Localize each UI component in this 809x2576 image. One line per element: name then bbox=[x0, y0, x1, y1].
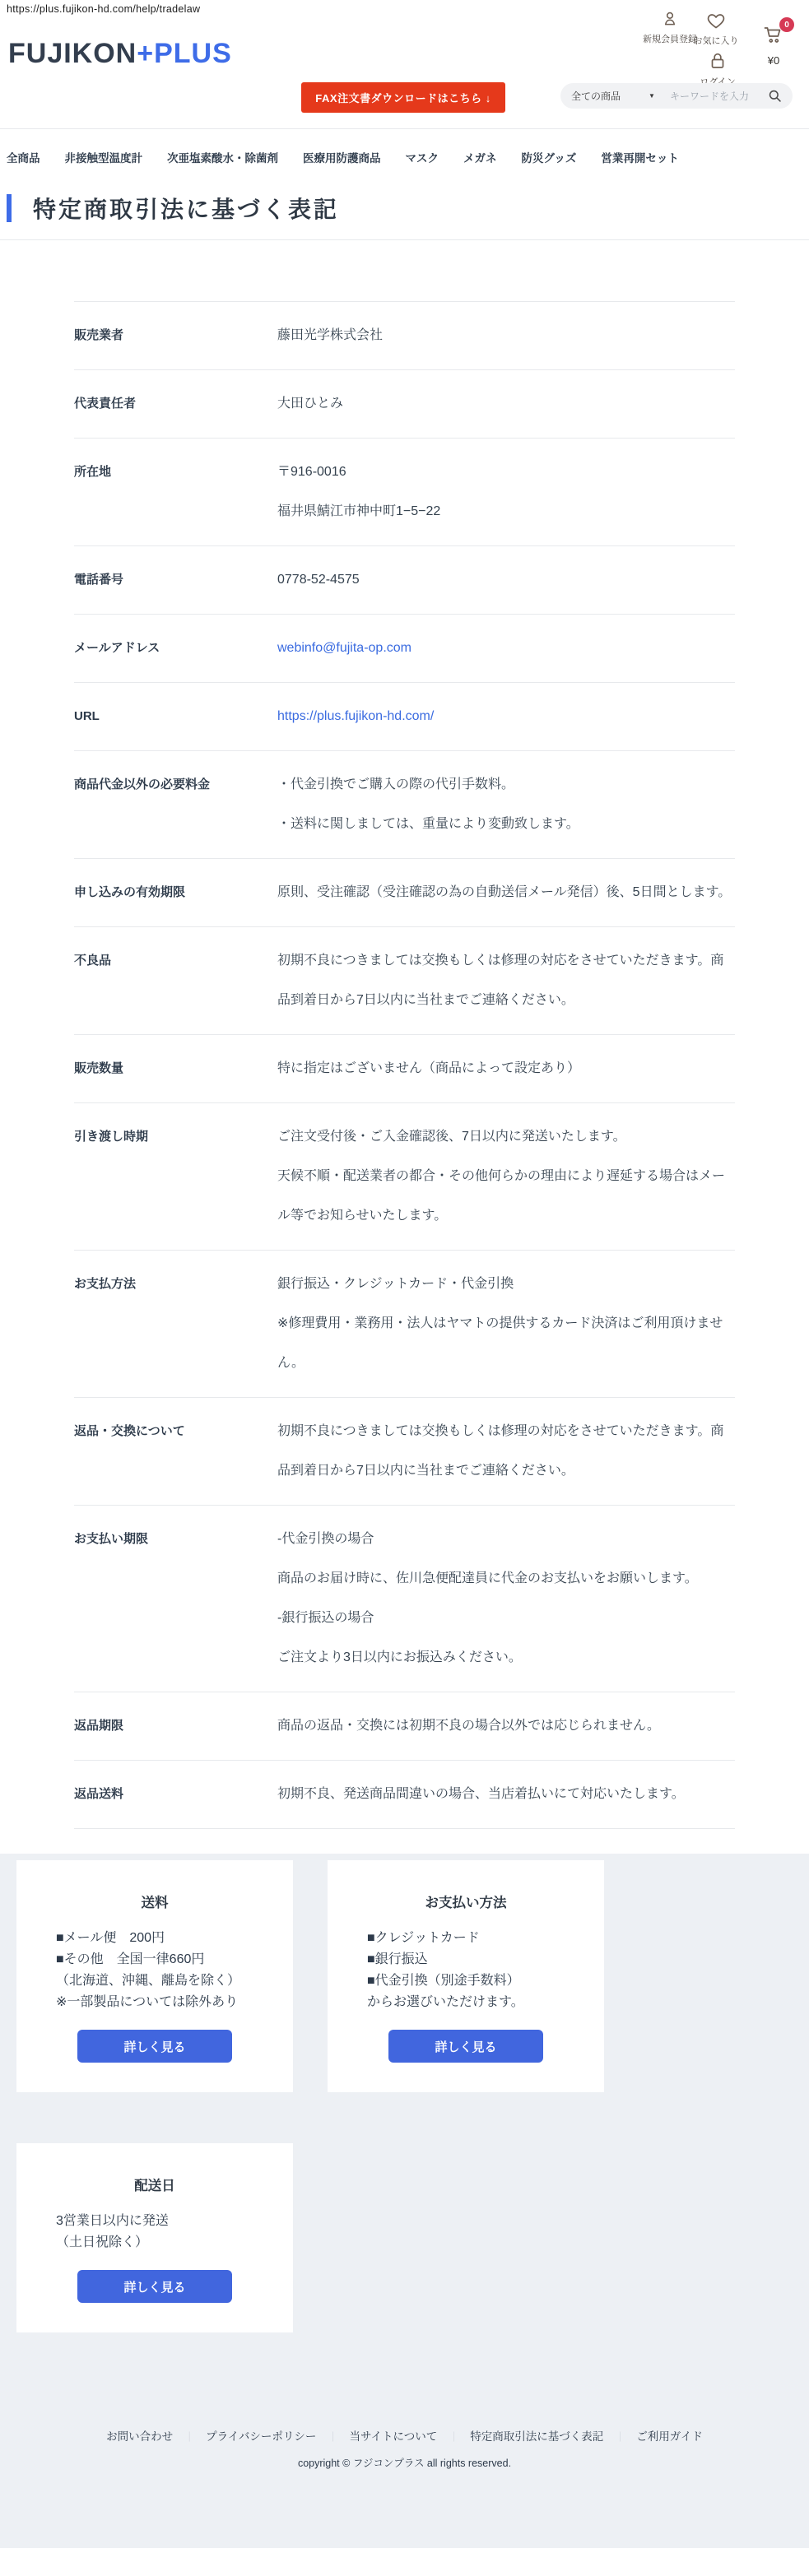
nav-item[interactable]: マスク bbox=[406, 149, 439, 165]
row-value-link[interactable]: https://plus.fujikon-hd.com/ bbox=[277, 709, 434, 723]
row-value: 0778-52-4575 bbox=[277, 560, 735, 600]
cart-count-badge: 0 bbox=[779, 17, 794, 32]
card-line: （北海道、沖縄、離島を除く） bbox=[40, 1970, 270, 1992]
row-value: 原則、受注確認（受注確認の為の自動送信メール発信）後、5日間とします。 bbox=[277, 873, 735, 912]
row-value: webinfo@fujita-op.com bbox=[277, 629, 735, 668]
lock-icon bbox=[709, 51, 727, 71]
row-value: 大田ひとみ bbox=[277, 384, 735, 424]
footer-separator: ｜ bbox=[449, 2431, 458, 2443]
footer-links: お問い合わせ｜プライバシーポリシー｜当サイトについて｜特定商取引法に基づく表記｜… bbox=[16, 2427, 793, 2444]
info-card: 配送日3営業日以内に発送（土日祝除く）詳しく見る bbox=[16, 2143, 293, 2332]
site-footer: お問い合わせ｜プライバシーポリシー｜当サイトについて｜特定商取引法に基づく表記｜… bbox=[16, 2427, 793, 2548]
row-line: 藤田光学株式会社 bbox=[277, 316, 735, 355]
user-icon bbox=[661, 10, 679, 28]
title-accent-bar bbox=[7, 194, 12, 222]
detail-button[interactable]: 詳しく見る bbox=[77, 2270, 232, 2303]
row-line: 原則、受注確認（受注確認の為の自動送信メール発信）後、5日間とします。 bbox=[277, 873, 735, 912]
row-line: 初期不良、発送商品間違いの場合、当店着払いにて対応いたします。 bbox=[277, 1775, 735, 1814]
row-label: 引き渡し時期 bbox=[74, 1117, 277, 1236]
row-value: 〒916-0016福井県鯖江市神中町1−5−22 bbox=[277, 453, 735, 531]
row-line: -銀行振込の場合 bbox=[277, 1599, 735, 1638]
row-line: webinfo@fujita-op.com bbox=[277, 629, 735, 668]
table-row: 返品送料初期不良、発送商品間違いの場合、当店着払いにて対応いたします。 bbox=[74, 1761, 735, 1829]
table-row: 返品・交換について初期不良につきましては交換もしくは修理の対応をさせていただきま… bbox=[74, 1398, 735, 1506]
favorites-link[interactable]: お気に入り bbox=[690, 12, 742, 47]
row-line: 銀行振込・クレジットカード・代金引換 bbox=[277, 1265, 735, 1304]
row-line: 福井県鯖江市神中町1−5−22 bbox=[277, 492, 735, 531]
table-row: 返品期限商品の返品・交換には初期不良の場合以外では応じられません。 bbox=[74, 1692, 735, 1761]
heart-icon bbox=[706, 12, 726, 30]
row-label: 返品・交換について bbox=[74, 1412, 277, 1491]
row-line: ご注文より3日以内にお振込みください。 bbox=[277, 1638, 735, 1678]
row-label: 販売業者 bbox=[74, 316, 277, 355]
row-label: 販売数量 bbox=[74, 1049, 277, 1088]
site-logo[interactable]: FUJIKON+PLUS bbox=[8, 39, 232, 67]
table-row: 申し込みの有効期限原則、受注確認（受注確認の為の自動送信メール発信）後、5日間と… bbox=[74, 859, 735, 927]
copyright: copyright © フジコンプラス all rights reserved. bbox=[16, 2455, 793, 2470]
row-label: 不良品 bbox=[74, 941, 277, 1020]
row-label: 商品代金以外の必要料金 bbox=[74, 765, 277, 844]
row-value-link[interactable]: webinfo@fujita-op.com bbox=[277, 641, 411, 655]
table-row: 電話番号0778-52-4575 bbox=[74, 546, 735, 615]
footer-link[interactable]: 当サイトについて bbox=[349, 2430, 437, 2443]
table-row: 不良品初期不良につきましては交換もしくは修理の対応をさせていただきます。商品到着… bbox=[74, 927, 735, 1035]
row-line: 商品の返品・交換には初期不良の場合以外では応じられません。 bbox=[277, 1706, 735, 1746]
row-line: ・送料に関しましては、重量により変動致します。 bbox=[277, 805, 735, 844]
row-line: 商品のお届け時に、佐川急便配達員に代金のお支払いをお願いします。 bbox=[277, 1559, 735, 1599]
info-card: お支払い方法■クレジットカード■銀行振込■代金引換（別途手数料）からお選びいただ… bbox=[328, 1860, 604, 2092]
table-row: 引き渡し時期ご注文受付後・ご入金確認後、7日以内に発送いたします。天候不順・配送… bbox=[74, 1103, 735, 1251]
nav-item[interactable]: 全商品 bbox=[7, 149, 40, 165]
row-label: 返品期限 bbox=[74, 1706, 277, 1746]
cards-row-2: 配送日3営業日以内に発送（土日祝除く）詳しく見る bbox=[16, 2143, 793, 2332]
row-value: 初期不良につきましては交換もしくは修理の対応をさせていただきます。商品到着日から… bbox=[277, 941, 735, 1020]
row-line: ※修理費用・業務用・法人はヤマトの提供するカード決済はご利用頂けません。 bbox=[277, 1304, 735, 1383]
row-value: https://plus.fujikon-hd.com/ bbox=[277, 697, 735, 736]
nav-item[interactable]: 防災グッズ bbox=[522, 149, 577, 165]
row-value: 初期不良、発送商品間違いの場合、当店着払いにて対応いたします。 bbox=[277, 1775, 735, 1814]
chevron-down-icon[interactable]: ▼ bbox=[649, 92, 655, 100]
row-value: ・代金引換でご購入の際の代引手数料。・送料に関しましては、重量により変動致します… bbox=[277, 765, 735, 844]
row-line: 0778-52-4575 bbox=[277, 560, 735, 600]
row-value: 初期不良につきましては交換もしくは修理の対応をさせていただきます。商品到着日から… bbox=[277, 1412, 735, 1491]
footer-link[interactable]: ご利用ガイド bbox=[636, 2430, 703, 2443]
row-label: お支払い期限 bbox=[74, 1520, 277, 1678]
card-title: 配送日 bbox=[40, 2175, 270, 2194]
row-line: 〒916-0016 bbox=[277, 453, 735, 492]
table-row: URLhttps://plus.fujikon-hd.com/ bbox=[74, 683, 735, 751]
row-label: 所在地 bbox=[74, 453, 277, 531]
row-line: https://plus.fujikon-hd.com/ bbox=[277, 697, 735, 736]
table-row: メールアドレスwebinfo@fujita-op.com bbox=[74, 615, 735, 683]
detail-button[interactable]: 詳しく見る bbox=[388, 2030, 543, 2063]
row-label: メールアドレス bbox=[74, 629, 277, 668]
footer-link[interactable]: プライバシーポリシー bbox=[206, 2430, 316, 2443]
row-line: 初期不良につきましては交換もしくは修理の対応をさせていただきます。商品到着日から… bbox=[277, 1412, 735, 1491]
row-value: 藤田光学株式会社 bbox=[277, 316, 735, 355]
card-line: からお選びいただけます。 bbox=[351, 1992, 581, 2013]
trade-table: 販売業者藤田光学株式会社代表責任者大田ひとみ所在地〒916-0016福井県鯖江市… bbox=[74, 301, 735, 1829]
card-line: 3営業日以内に発送 bbox=[40, 2211, 270, 2232]
page-title-section: 特定商取引法に基づく表記 bbox=[0, 179, 809, 240]
cart-button[interactable]: 0 ¥0 bbox=[751, 25, 796, 67]
row-label: お支払方法 bbox=[74, 1265, 277, 1383]
footer-link[interactable]: お問い合わせ bbox=[106, 2430, 173, 2443]
logo-text-dark: FUJIKON bbox=[8, 38, 137, 69]
nav-item[interactable]: 次亜塩素酸水・除菌剤 bbox=[167, 149, 278, 165]
row-label: 代表責任者 bbox=[74, 384, 277, 424]
site-header: FUJIKON+PLUS 新規会員登録 お気に入り 0 ¥0 ログイン FAX注… bbox=[0, 0, 809, 129]
row-line: -代金引換の場合 bbox=[277, 1520, 735, 1559]
card-title: お支払い方法 bbox=[351, 1891, 581, 1911]
table-row: お支払方法銀行振込・クレジットカード・代金引換※修理費用・業務用・法人はヤマトの… bbox=[74, 1251, 735, 1398]
footer-separator: ｜ bbox=[328, 2431, 337, 2443]
main-nav: 全商品非接触型温度計次亜塩素酸水・除菌剤医療用防護商品マスクメガネ防災グッズ営業… bbox=[0, 129, 809, 179]
nav-item[interactable]: 営業再開セット bbox=[601, 149, 679, 165]
row-label: 返品送料 bbox=[74, 1775, 277, 1814]
card-line: ※一部製品については除外あり bbox=[40, 1992, 270, 2013]
card-line: ■クレジットカード bbox=[351, 1928, 581, 1949]
nav-item[interactable]: メガネ bbox=[463, 149, 497, 165]
row-value: 商品の返品・交換には初期不良の場合以外では応じられません。 bbox=[277, 1706, 735, 1746]
card-line: ■銀行振込 bbox=[351, 1949, 581, 1970]
search-input[interactable] bbox=[668, 90, 760, 103]
detail-button[interactable]: 詳しく見る bbox=[77, 2030, 232, 2063]
row-line: ・代金引換でご購入の際の代引手数料。 bbox=[277, 765, 735, 805]
card-line: ■その他 全国一律660円 bbox=[40, 1949, 270, 1970]
favorites-label: お気に入り bbox=[694, 34, 739, 47]
row-label: 申し込みの有効期限 bbox=[74, 873, 277, 912]
card-line: ■メール便 200円 bbox=[40, 1928, 270, 1949]
card-title: 送料 bbox=[40, 1891, 270, 1911]
footer-separator: ｜ bbox=[615, 2431, 625, 2443]
card-line: ■代金引換（別途手数料） bbox=[351, 1970, 581, 1992]
cart-icon-wrap: 0 bbox=[763, 25, 784, 49]
table-row: お支払い期限-代金引換の場合商品のお届け時に、佐川急便配達員に代金のお支払いをお… bbox=[74, 1506, 735, 1692]
info-card: 送料■メール便 200円■その他 全国一律660円（北海道、沖縄、離島を除く）※… bbox=[16, 1860, 293, 2092]
row-line: ご注文受付後・ご入金確認後、7日以内に発送いたします。 bbox=[277, 1117, 735, 1157]
row-line: 天候不順・配送業者の都合・その他何らかの理由により遅延する場合はメール等でお知ら… bbox=[277, 1157, 735, 1236]
logo-text-blue: +PLUS bbox=[137, 38, 232, 69]
table-row: 商品代金以外の必要料金・代金引換でご購入の際の代引手数料。・送料に関しましては、… bbox=[74, 751, 735, 859]
page-title: 特定商取引法に基づく表記 bbox=[33, 192, 809, 225]
search-icon[interactable] bbox=[768, 89, 782, 103]
info-section: 送料■メール便 200円■その他 全国一律660円（北海道、沖縄、離島を除く）※… bbox=[0, 1854, 809, 2548]
row-line: 特に指定はございません（商品によって設定あり） bbox=[277, 1049, 735, 1088]
cards-row-1: 送料■メール便 200円■その他 全国一律660円（北海道、沖縄、離島を除く）※… bbox=[16, 1860, 793, 2092]
fax-download-button[interactable]: FAX注文書ダウンロードはこちら ↓ bbox=[301, 82, 505, 113]
main-content: 販売業者藤田光学株式会社代表責任者大田ひとみ所在地〒916-0016福井県鯖江市… bbox=[0, 301, 809, 1829]
row-line: 大田ひとみ bbox=[277, 384, 735, 424]
table-row: 所在地〒916-0016福井県鯖江市神中町1−5−22 bbox=[74, 439, 735, 546]
row-value: 特に指定はございません（商品によって設定あり） bbox=[277, 1049, 735, 1088]
row-value: 銀行振込・クレジットカード・代金引換※修理費用・業務用・法人はヤマトの提供するカ… bbox=[277, 1265, 735, 1383]
row-line: 初期不良につきましては交換もしくは修理の対応をさせていただきます。商品到着日から… bbox=[277, 941, 735, 1020]
footer-separator: ｜ bbox=[184, 2431, 194, 2443]
table-row: 販売業者藤田光学株式会社 bbox=[74, 302, 735, 370]
search-bar: 全ての商品 ▼ bbox=[560, 83, 793, 109]
table-row: 代表責任者大田ひとみ bbox=[74, 370, 735, 439]
card-line: （土日祝除く） bbox=[40, 2232, 270, 2253]
nav-item[interactable]: 非接触型温度計 bbox=[65, 149, 143, 165]
row-label: 電話番号 bbox=[74, 560, 277, 600]
footer-link[interactable]: 特定商取引法に基づく表記 bbox=[470, 2430, 603, 2443]
row-label: URL bbox=[74, 697, 277, 736]
cart-total: ¥0 bbox=[768, 54, 779, 67]
row-value: ご注文受付後・ご入金確認後、7日以内に発送いたします。天候不順・配送業者の都合・… bbox=[277, 1117, 735, 1236]
search-category-select[interactable]: 全ての商品 bbox=[571, 89, 621, 103]
row-value: -代金引換の場合商品のお届け時に、佐川急便配達員に代金のお支払いをお願いします。… bbox=[277, 1520, 735, 1678]
nav-item[interactable]: 医療用防護商品 bbox=[303, 149, 381, 165]
table-row: 販売数量特に指定はございません（商品によって設定あり） bbox=[74, 1035, 735, 1103]
